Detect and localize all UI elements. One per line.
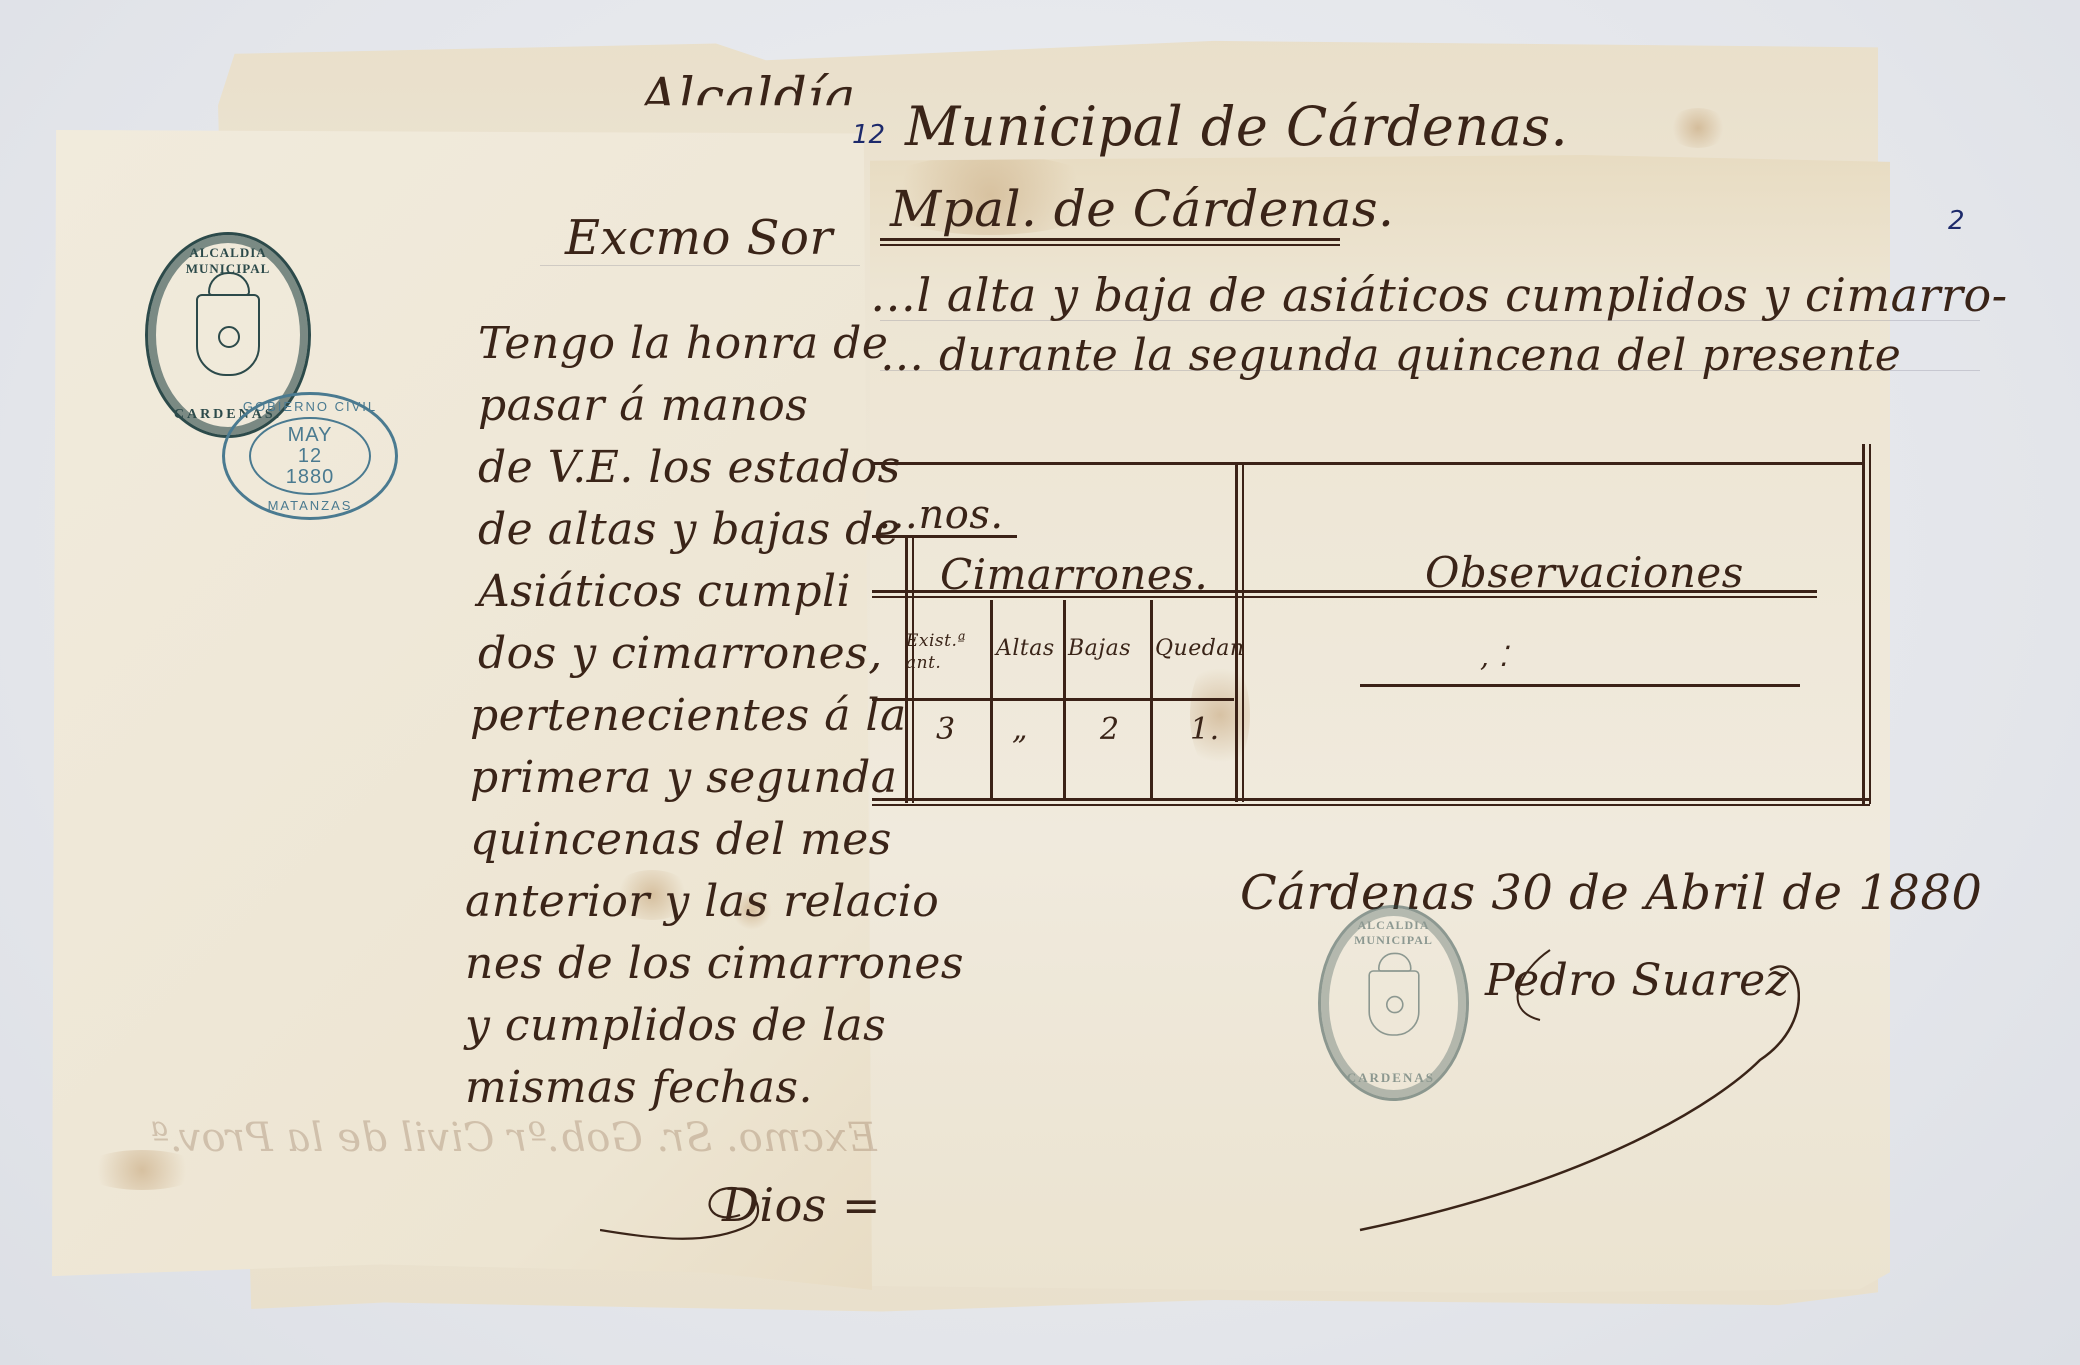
col-header-bajas: Bajas: [1068, 636, 1131, 661]
cell-altas: „: [1012, 712, 1028, 747]
salutation: Excmo Sor: [565, 210, 833, 266]
table-header-divider: [872, 590, 1817, 598]
observaciones-left-border: [1235, 462, 1244, 802]
middle-sheet-heading-underline: [880, 238, 1340, 246]
middle-sheet-folio-number: 2: [1948, 206, 1965, 236]
signature-flourish-icon: [1300, 940, 1800, 1240]
col-header-quedan: Quedan: [1155, 636, 1245, 661]
col-header-altas: Altas: [996, 636, 1055, 661]
table-subheader-divider: [872, 698, 1234, 701]
place-date-line: Cárdenas 30 de Abril de 1880: [1240, 865, 1982, 921]
observaciones-marks: , ⁚: [1480, 640, 1508, 673]
cell-quedan: 1.: [1190, 712, 1220, 747]
stamp-date: MAY 12 1880: [286, 425, 335, 488]
front-sheet-folio-number: 12: [852, 120, 885, 150]
observaciones-divider: [1360, 684, 1800, 687]
middle-sheet-title-line-2: … durante la segunda quincena del presen…: [880, 330, 1901, 381]
cell-bajas: 2: [1100, 712, 1120, 747]
middle-sheet-heading: Mpal. de Cárdenas.: [890, 180, 1394, 238]
ink-bleed-through: Excmo. Sr. Gob.ºr Civil de la Prov.ª: [150, 1115, 877, 1161]
gobierno-civil-date-stamp: GOBIERNO CIVIL MAY 12 1880 MATANZAS: [222, 392, 398, 520]
back-sheet-heading: Municipal de Cárdenas.: [905, 95, 1568, 158]
middle-sheet-title-line-1: …l alta y baja de asiáticos cumplidos y …: [870, 268, 2008, 322]
table-top-border: [872, 462, 1862, 465]
table-bottom-border: [872, 798, 1870, 806]
cell-existencia: 3: [936, 712, 956, 747]
col-header-existencia: Exist.ª ant.: [906, 630, 988, 674]
table-right-border: [1862, 444, 1871, 804]
closing-flourish-icon: [600, 1170, 780, 1250]
coat-of-arms-icon: [196, 294, 260, 376]
